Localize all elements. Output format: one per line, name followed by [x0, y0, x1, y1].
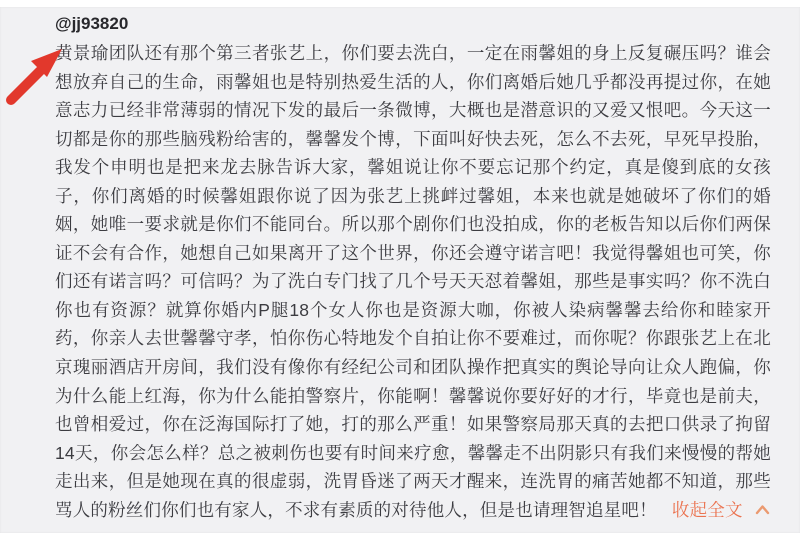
chevron-up-icon [755, 504, 770, 515]
post-card: @jj93820 黄景瑜团队还有那个第三者张艺上，你们要去洗白，一定在雨馨姐的身… [0, 7, 800, 533]
collapse-link-label: 收起全文 [672, 500, 743, 520]
collapse-full-text-link[interactable]: 收起全文 [672, 500, 770, 520]
post-body: 黄景瑜团队还有那个第三者张艺上，你们要去洗白，一定在雨馨姐的身上反复碾压吗？谁会… [55, 39, 771, 524]
username[interactable]: @jj93820 [55, 11, 800, 37]
post-text: 黄景瑜团队还有那个第三者张艺上，你们要去洗白，一定在雨馨姐的身上反复碾压吗？谁会… [55, 43, 771, 520]
screenshot-root: @jj93820 黄景瑜团队还有那个第三者张艺上，你们要去洗白，一定在雨馨姐的身… [0, 0, 800, 540]
